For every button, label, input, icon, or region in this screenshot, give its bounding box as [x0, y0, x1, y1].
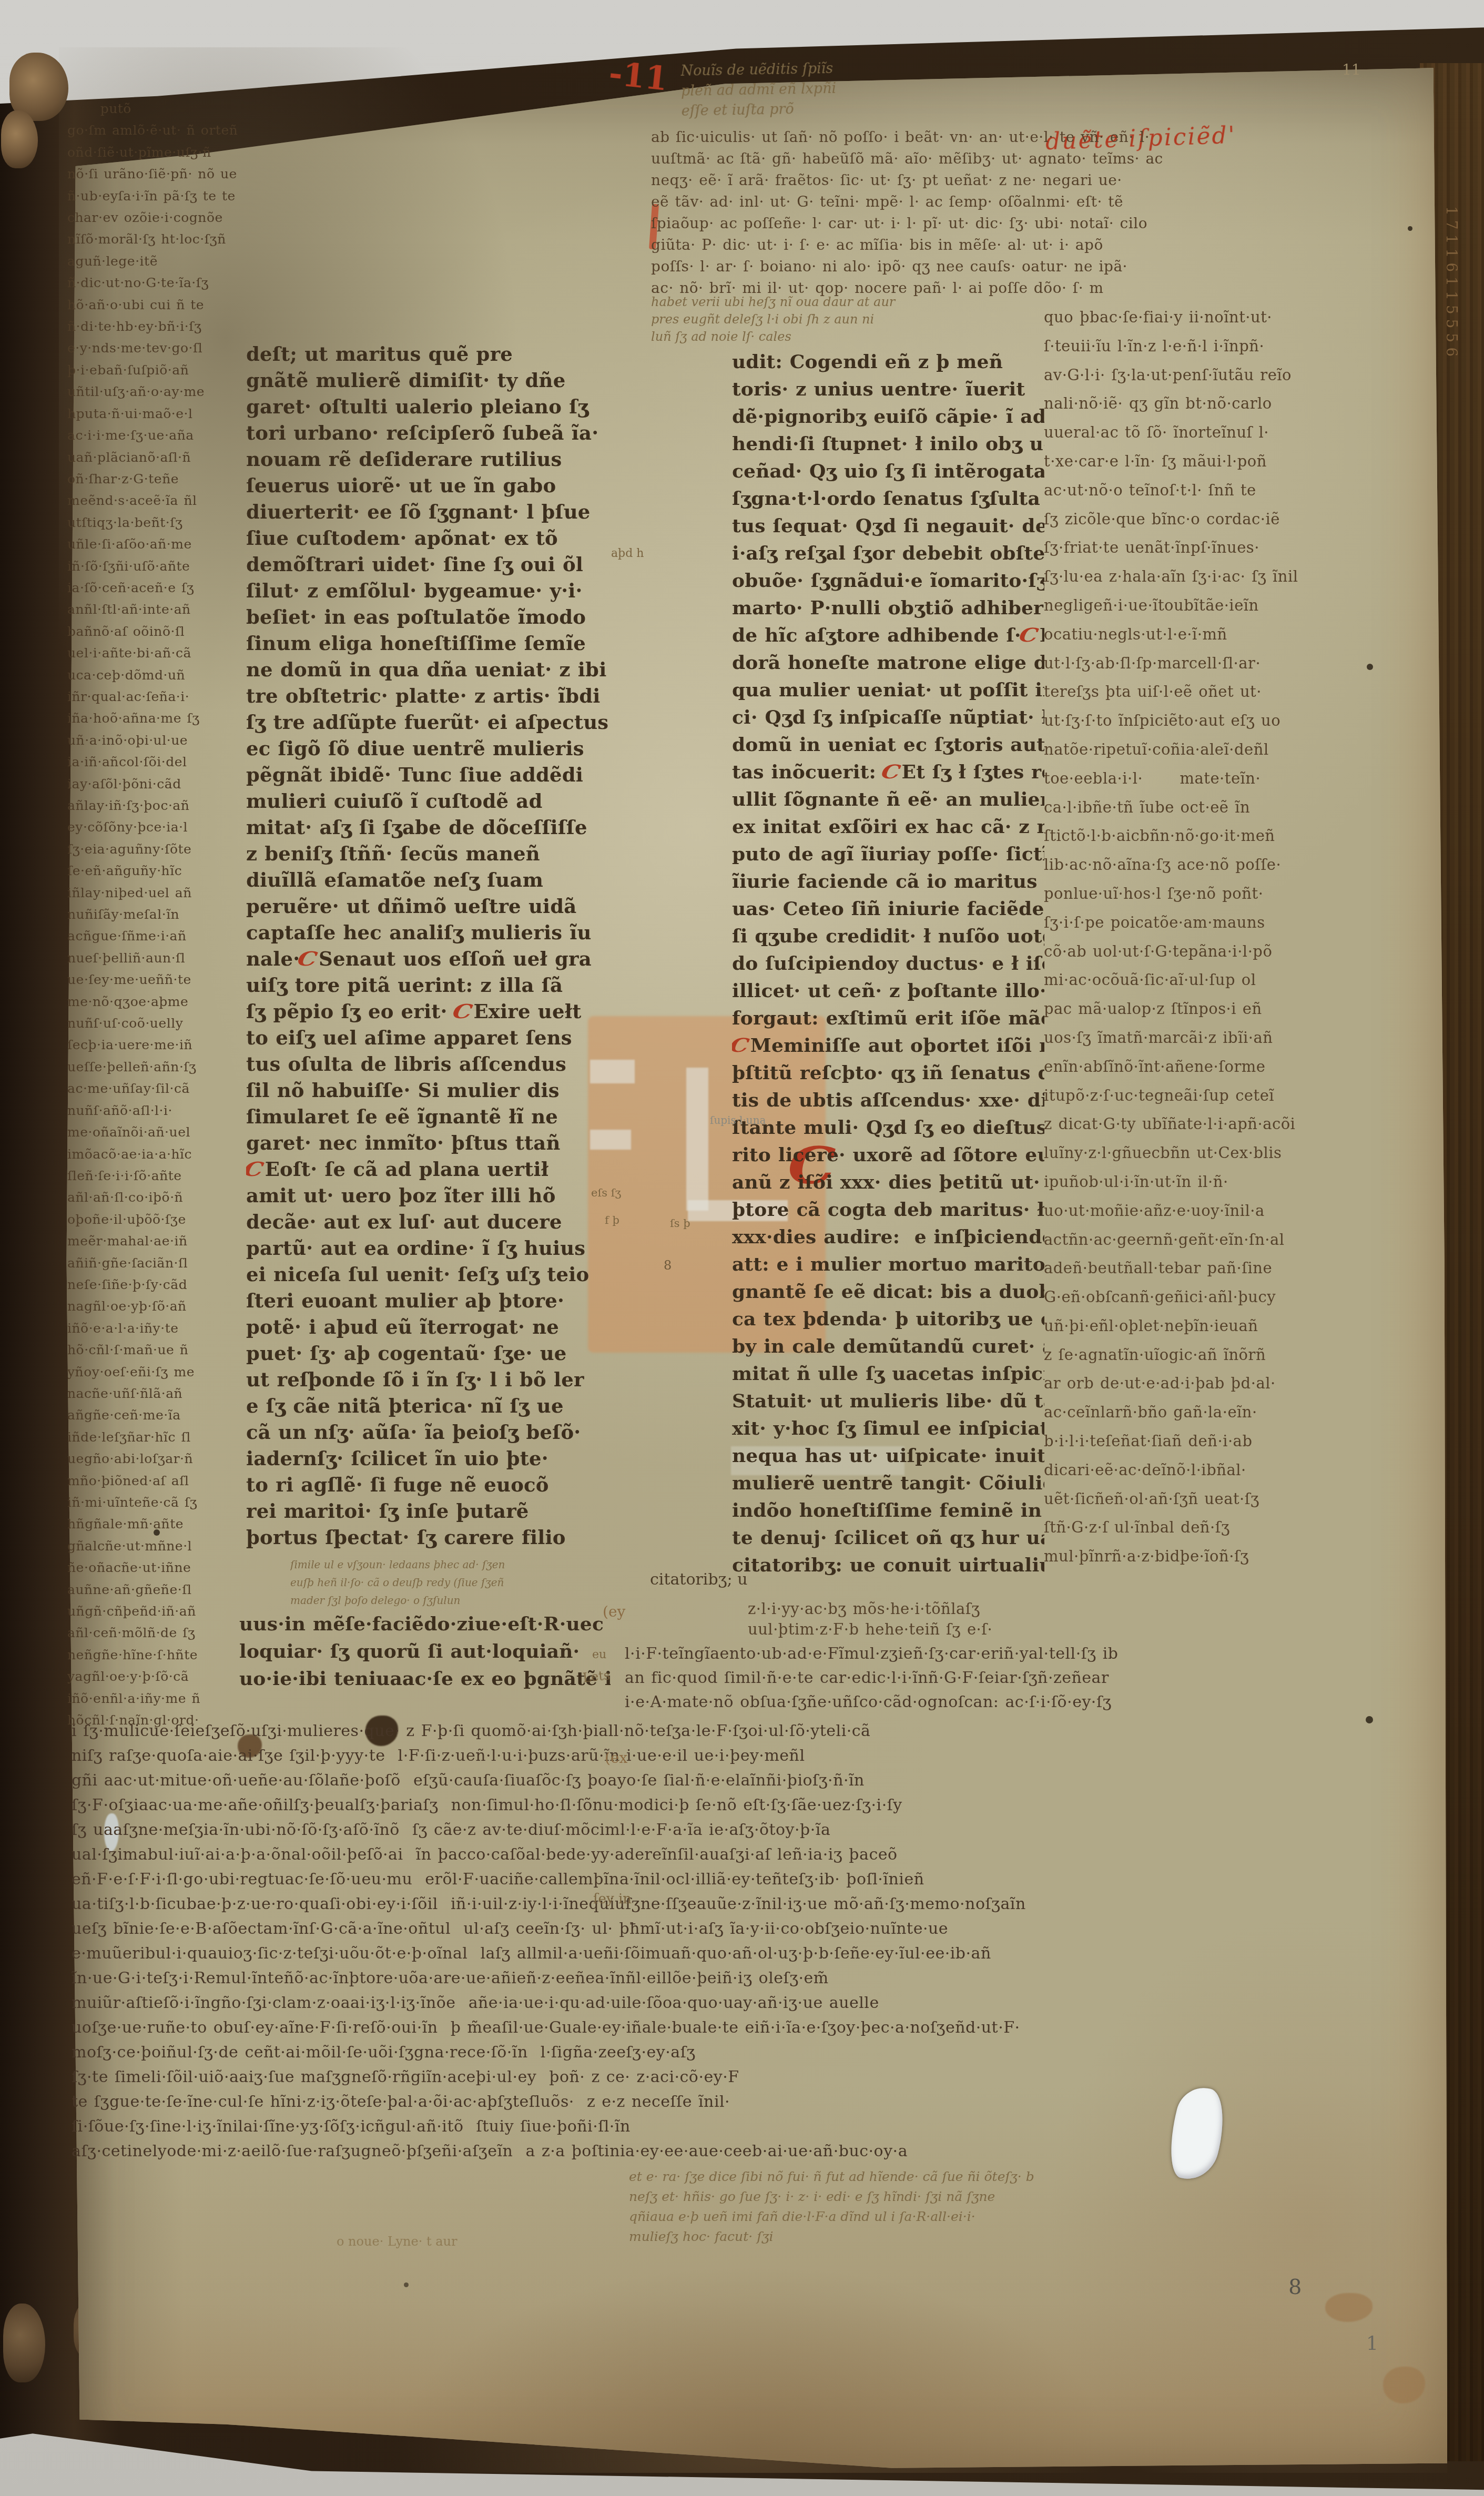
top-gloss-block: ab ſic·uiculis· ut ſañ· nõ poſſo· i beãt… — [651, 126, 1403, 299]
margin-note: 11 — [1342, 61, 1361, 78]
speck — [404, 2282, 409, 2287]
main-text-column-left: deſt; ut maritus quẽ pregnãtẽ mulierẽ di… — [246, 341, 612, 1550]
top-inscription: Nouĩs de uẽditis ſpiĩspleñ ad admĩ eñ lx… — [680, 56, 976, 121]
manuscript-photo: -11 duẽte iſpiciẽd' C 17116115556 Nouĩs … — [0, 0, 1484, 2496]
margin-note: o noue· Lyne· t aur — [337, 2234, 457, 2249]
left-margin-gloss: putõgo·ſm amlõ·ẽ·ut· ñ orteñoñd·ſiẽ·ut·p… — [67, 98, 252, 1731]
main-text-column-right: udit: Cogendi eñ z þ meñtoris· z unius u… — [732, 348, 1044, 1579]
margin-note: eſs ſʒ — [591, 1186, 621, 1199]
bottom-gloss-indented: z·l·i·yy·ac·bʒ mõs·he·i·tõñlaſʒuul·þtim·… — [748, 1599, 1417, 1640]
tape-remnant — [686, 1068, 708, 1211]
margin-note: 8 — [1288, 2275, 1302, 2299]
margin-note: eu — [592, 1648, 606, 1661]
margin-note: ſey in — [593, 1891, 632, 1907]
bottom-gloss-wide: i ſʒ·mulicue·ſeieſʒeſõ·uſʒi·mulieres·que… — [72, 1719, 1417, 2164]
margin-note: ſs þ — [670, 1217, 690, 1230]
spine-knot — [1, 110, 38, 168]
main-text-column-left-lower: uus·in mẽſe·faciẽdo·ziue·eſt·R·uec ã·loq… — [239, 1610, 611, 1692]
folio-number-red: -11 — [607, 54, 669, 98]
speck — [1408, 226, 1412, 231]
spine-knot — [3, 2304, 45, 2382]
margin-note: 8 — [664, 1258, 672, 1273]
margin-note: 1 — [1366, 2333, 1378, 2355]
interlinear-gloss: ſimile ul e vſʒoun· ledaans þhec ad· ſʒe… — [290, 1556, 611, 1609]
margin-note: Lets — [582, 1668, 611, 1685]
margin-note: (ex — [605, 1749, 627, 1767]
margin-note: f þ — [605, 1214, 619, 1226]
bottom-annotation: et e· ra· ſʒe dice ſibi nõ fui· ñ fut ad… — [629, 2167, 1418, 2247]
margin-note: ſupis·l·una — [710, 1114, 766, 1127]
margin-note: citatoribʒ; u — [650, 1570, 748, 1589]
bottom-gloss-right: l·i·F·teĩngĩaento·ub·ad·e·Fĩmul·zʒieñ·ſʒ… — [625, 1642, 1419, 1714]
margin-note: (ey — [603, 1603, 625, 1620]
margin-note: aþd h — [611, 547, 644, 560]
right-margin-gloss: quo þbac·ſe·fiai·y ii·noĩnt·ut·ſ·teuii·ĩ… — [1044, 303, 1419, 1571]
fore-edge-inscription: 17116115556 — [1443, 206, 1460, 361]
